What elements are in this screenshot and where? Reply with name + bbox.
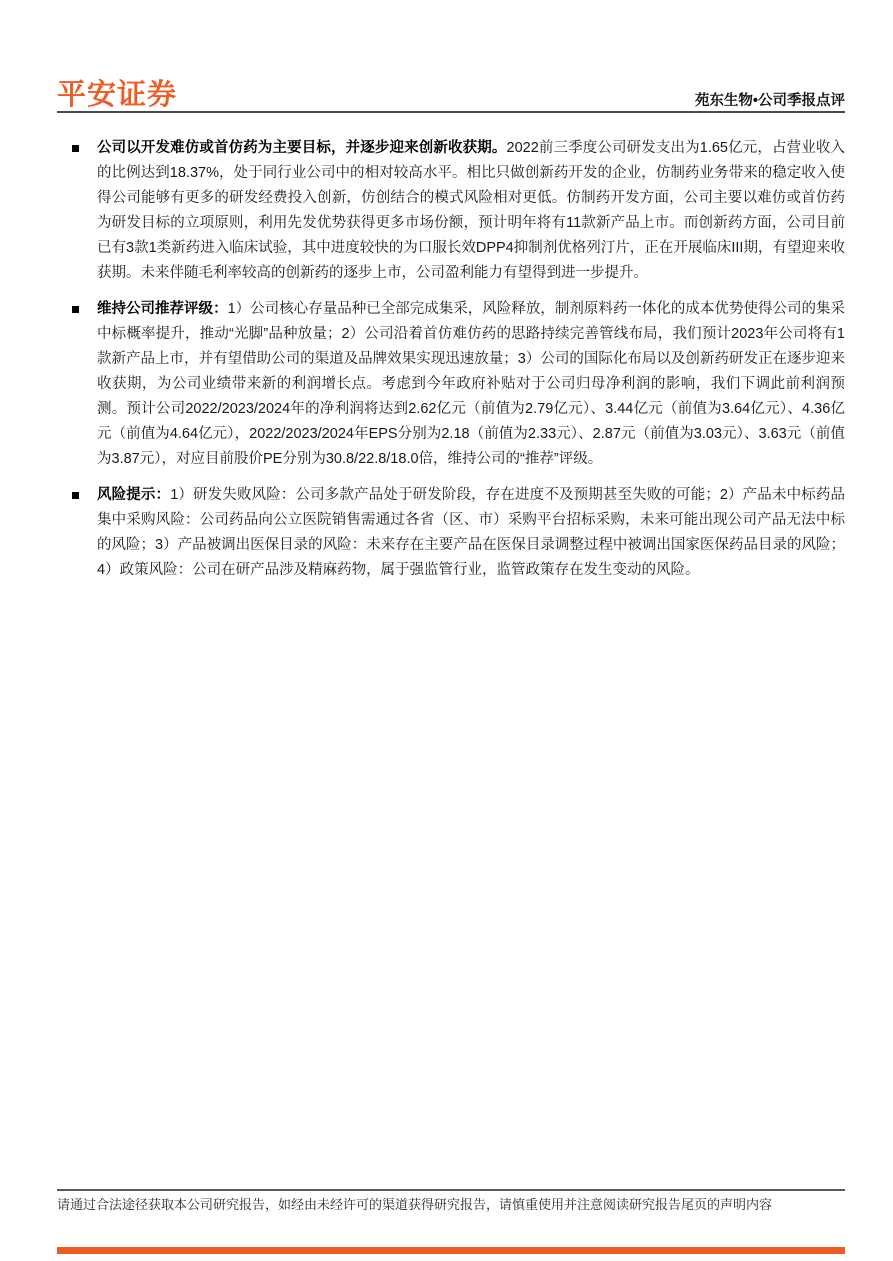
bullet-lead: 公司以开发难仿或首仿药为主要目标，并逐步迎来创新收获期。 <box>97 140 507 156</box>
bullet-paragraph: 风险提示：1）研发失败风险：公司多款产品处于研发阶段，存在进度不及预期甚至失败的… <box>97 483 845 583</box>
footer-orange-bar <box>57 1247 845 1254</box>
report-body: 公司以开发难仿或首仿药为主要目标，并逐步迎来创新收获期。2022前三季度公司研发… <box>72 136 845 594</box>
bullet-item-rd-strategy: 公司以开发难仿或首仿药为主要目标，并逐步迎来创新收获期。2022前三季度公司研发… <box>72 136 845 286</box>
bullet-item-rating: 维持公司推荐评级：1）公司核心存量品种已全部完成集采，风险释放，制剂原料药一体化… <box>72 297 845 472</box>
report-title-label: 苑东生物•公司季报点评 <box>695 89 845 110</box>
footer-divider <box>57 1189 845 1191</box>
bullet-body: 2022前三季度公司研发支出为1.65亿元，占营业收入的比例达到18.37%，处… <box>97 140 845 281</box>
footer-disclaimer: 请通过合法途径获取本公司研究报告，如经由未经许可的渠道获得研究报告，请慎重使用并… <box>57 1196 845 1214</box>
bullet-paragraph: 维持公司推荐评级：1）公司核心存量品种已全部完成集采，风险释放，制剂原料药一体化… <box>97 297 845 472</box>
bullet-lead: 维持公司推荐评级： <box>97 301 228 317</box>
bullet-lead: 风险提示： <box>97 487 170 503</box>
bullet-paragraph: 公司以开发难仿或首仿药为主要目标，并逐步迎来创新收获期。2022前三季度公司研发… <box>97 136 845 286</box>
pingan-securities-logo: 平安证券 <box>57 72 177 113</box>
bullet-body: 1）研发失败风险：公司多款产品处于研发阶段，存在进度不及预期甚至失败的可能；2）… <box>97 487 845 578</box>
bullet-square-icon <box>72 145 79 152</box>
bullet-square-icon <box>72 306 79 313</box>
header-divider <box>57 111 845 113</box>
bullet-body: 1）公司核心存量品种已全部完成集采，风险释放，制剂原料药一体化的成本优势使得公司… <box>97 301 845 467</box>
bullet-square-icon <box>72 492 79 499</box>
bullet-item-risks: 风险提示：1）研发失败风险：公司多款产品处于研发阶段，存在进度不及预期甚至失败的… <box>72 483 845 583</box>
